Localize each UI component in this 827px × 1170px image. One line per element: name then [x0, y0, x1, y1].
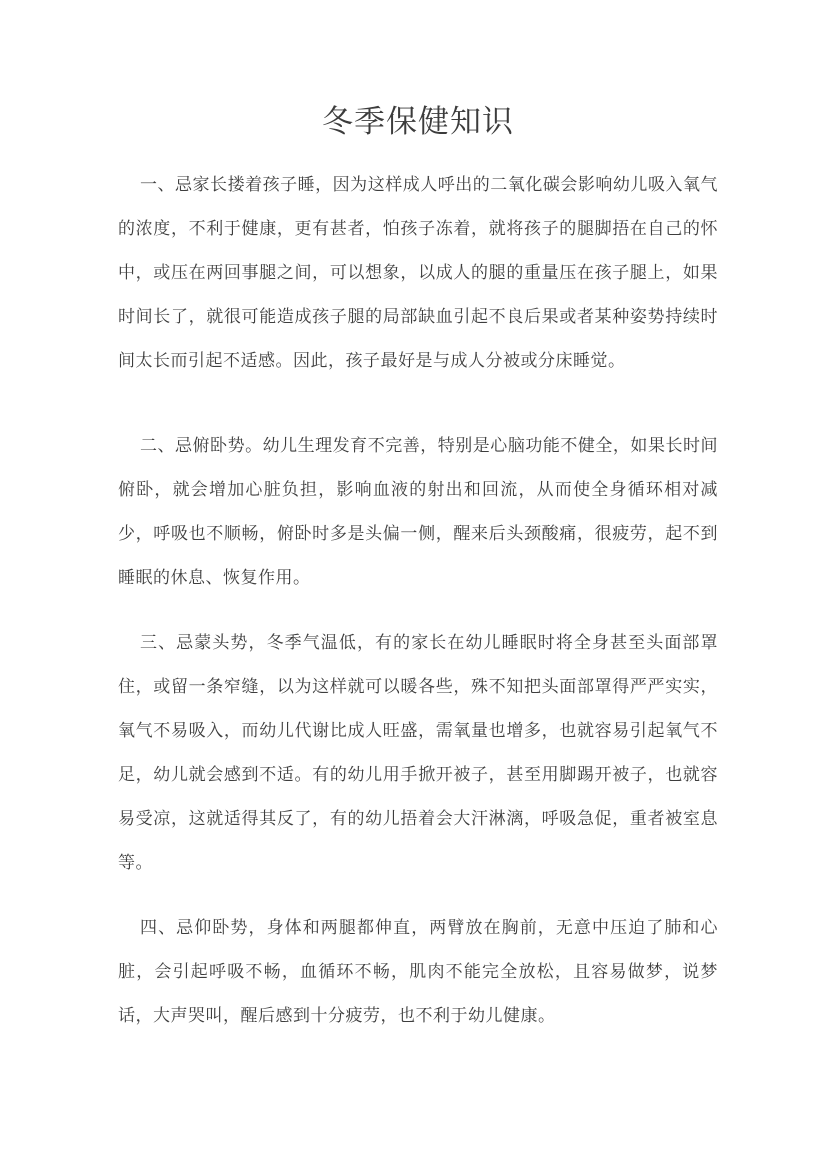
- document-title: 冬季保健知识: [118, 104, 718, 140]
- paragraph-1: 一、忌家长搂着孩子睡，因为这样成人呼出的二氧化碳会影响幼儿吸入氧气的浓度，不利于…: [118, 163, 718, 383]
- document-page: 冬季保健知识 一、忌家长搂着孩子睡，因为这样成人呼出的二氧化碳会影响幼儿吸入氧气…: [0, 0, 827, 1170]
- paragraph-3: 三、忌蒙头势，冬季气温低，有的家长在幼儿睡眠时将全身甚至头面部罩住，或留一条窄缝…: [118, 621, 718, 885]
- paragraph-4: 四、忌仰卧势，身体和两腿都伸直，两臂放在胸前，无意中压迫了肺和心脏，会引起呼吸不…: [118, 906, 718, 1038]
- paragraph-2: 二、忌俯卧势。幼儿生理发育不完善，特别是心脑功能不健全，如果长时间俯卧，就会增加…: [118, 424, 718, 600]
- document-body: 一、忌家长搂着孩子睡，因为这样成人呼出的二氧化碳会影响幼儿吸入氧气的浓度，不利于…: [118, 163, 718, 1038]
